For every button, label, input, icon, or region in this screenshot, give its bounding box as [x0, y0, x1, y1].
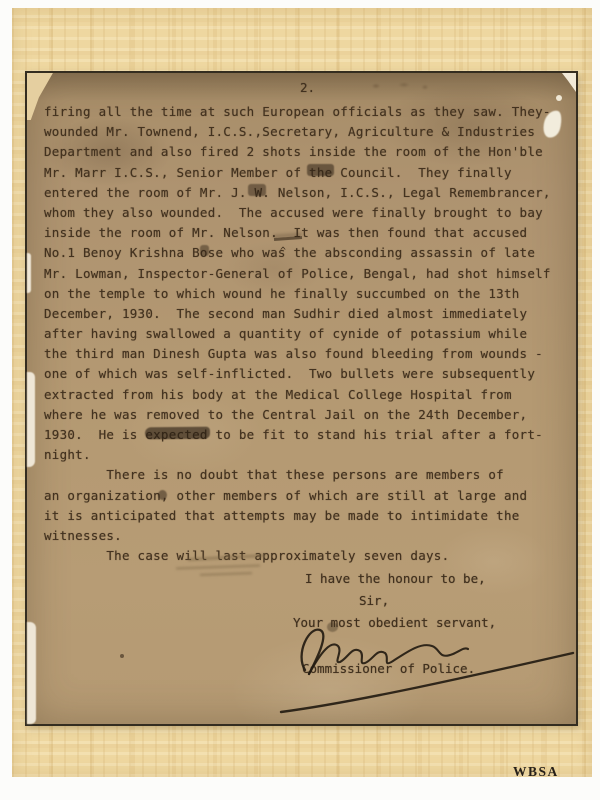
paper-edge-sliver — [27, 253, 31, 293]
typed-line: witnesses. — [44, 526, 569, 546]
overstrike-smudge — [200, 245, 209, 256]
archive-photo: 2. firing all the time at such European … — [0, 0, 600, 800]
signature-ink — [267, 608, 587, 728]
typed-line: Mr. Lowman, Inspector-General of Police,… — [44, 264, 569, 284]
typed-line: December, 1930. The second man Sudhir di… — [44, 304, 569, 324]
typed-line: one of which was self-inflicted. Two bul… — [44, 364, 569, 384]
typed-line: where he was removed to the Central Jail… — [44, 405, 569, 425]
typed-line: on the temple to which wound he finally … — [44, 284, 569, 304]
typed-line: an organization, other members of which … — [44, 486, 569, 506]
ink-blot — [145, 427, 210, 440]
typed-line: after having swallowed a quantity of cyn… — [44, 324, 569, 344]
ink-blot — [158, 490, 167, 500]
typed-line: whom they also wounded. The accused were… — [44, 203, 569, 223]
stamp-stroke — [188, 554, 266, 561]
typed-line: wounded Mr. Townend, I.C.S.,Secretary, A… — [44, 122, 569, 142]
closing-honour-line: I have the honour to be, — [305, 571, 486, 586]
insertion-caret: ^ — [280, 246, 286, 257]
page-number: 2. — [300, 80, 315, 95]
stamp-stroke — [200, 572, 252, 576]
stamp-stroke — [176, 565, 260, 570]
typed-line: night. — [44, 445, 569, 465]
typed-line: 1930. He is expected to be fit to stand … — [44, 425, 569, 445]
typed-line: inside the room of Mr. Nelson. It was th… — [44, 223, 569, 243]
typed-line: the third man Dinesh Gupta was also foun… — [44, 344, 569, 364]
typed-line: The case will last approximately seven d… — [44, 546, 569, 566]
paper-damage-speck — [556, 95, 562, 101]
typed-line: Department and also fired 2 shots inside… — [44, 142, 569, 162]
typed-line: firing all the time at such European off… — [44, 102, 569, 122]
archive-watermark: WBSA — [513, 764, 559, 780]
typed-line: entered the room of Mr. J. W. Nelson, I.… — [44, 183, 569, 203]
document-page: 2. firing all the time at such European … — [25, 71, 578, 726]
typed-line: extracted from his body at the Medical C… — [44, 385, 569, 405]
closing-sir-line: Sir, — [359, 593, 389, 608]
typed-line: it is anticipated that attempts may be m… — [44, 506, 569, 526]
typed-line: There is no doubt that these persons are… — [44, 465, 569, 485]
paper-edge-sliver — [27, 372, 35, 467]
overstrike-smudge — [307, 164, 334, 176]
overstrike-smudge — [248, 184, 266, 196]
ink-speck — [120, 654, 124, 658]
paper-tear-top-right — [558, 73, 576, 92]
faint-stamp — [170, 554, 265, 580]
paper-edge-sliver — [27, 622, 36, 724]
faint-marks — [362, 80, 432, 92]
typed-line: No.1 Benoy Krishna Bose who was the absc… — [44, 243, 569, 263]
